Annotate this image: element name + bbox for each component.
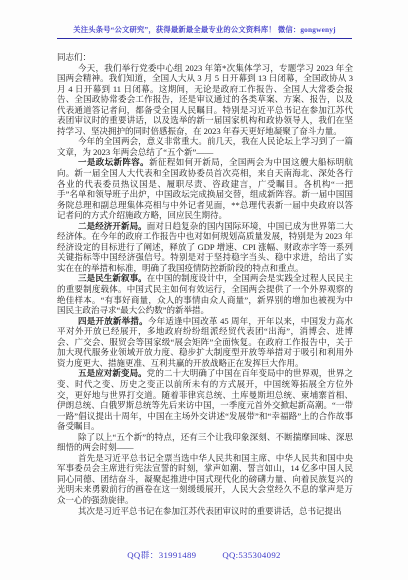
paragraph-moment-2: 其次是习近平总书记在参加江苏代表团审议时的重要讲话，总书记提出 (57, 506, 353, 517)
paragraph-lead: 四是开放新举措。 (78, 316, 148, 326)
paragraph-lead: 二是经济开新局。 (78, 221, 147, 231)
document-page: 关注头条号“公文研究”，获得最新最全最专业的公文资料库！ 微信：gongweny… (0, 0, 408, 580)
paragraph-point-4: 四是开放新举措。今年适逢中国改革 45 周年，开年以来，中国发力高水平对外开放已… (57, 316, 353, 369)
paragraph-three-moments-intro: 除了以上“五个新”的特点，还有三个让我印象深刻、不断揣摩回味、深思细悟的两会时刻… (57, 432, 353, 453)
paragraph-moment-1: 首先是习近平总书记全票当选中华人民共和国主席、中华人民共和国中央军事委员会主席进… (57, 453, 353, 506)
qq-group-number: QQ群：31991489 (127, 550, 196, 560)
qq-number: QQ:535304092 (222, 550, 280, 560)
paragraph-text: 除了以上“五个新”的特点，还有三个让我印象深刻、不断揣摩回味、深思细悟的两会时刻… (57, 432, 353, 453)
paragraph-point-3: 三是民生新叙事。在中国的制度设计中，全国两会是实践全过程人民民主的重要制度载体。… (57, 273, 353, 315)
paragraph-text: 今天，我们举行党委中心组 2023 年第*次集体学习，专题学习 2023 年全国… (57, 63, 353, 136)
paragraph-point-2: 二是经济开新局。面对日趋复杂的国内国际环境，中国已成为世界第二大经济体。在今年的… (57, 221, 353, 274)
document-body: 同志们： 今天，我们举行党委中心组 2023 年第*次集体学习，专题学习 202… (57, 52, 353, 516)
paragraph-lead: 一是政坛新阵容。 (78, 157, 149, 167)
paragraph-text: 今年的全国两会，意义非常重大。前几天，我在人民论坛上学习到了一篇文章，为 202… (57, 136, 353, 157)
paragraph-intro: 今天，我们举行党委中心组 2023 年第*次集体学习，专题学习 2023 年全国… (57, 63, 353, 137)
paragraph-lead: 三是民生新叙事。 (78, 273, 147, 283)
promo-banner: 关注头条号“公文研究”，获得最新最全最专业的公文资料库！ 微信：gongweny… (57, 24, 352, 39)
paragraph-text: 首先是习近平总书记全票当选中华人民共和国主席、中华人民共和国中央军事委员会主席进… (57, 453, 353, 505)
paragraph-lead: 五是应对新变局。 (78, 368, 147, 378)
salutation: 同志们： (57, 52, 353, 63)
paragraph-point-1: 一是政坛新阵容。新征程如何开新局，全国两会为中国这艘大船标明航向。新一届全国人大… (57, 157, 353, 220)
paragraph-text: 其次是习近平总书记在参加江苏代表团审议时的重要讲话，总书记提出 (78, 506, 342, 516)
paragraph-point-5: 五是应对新变局。党的二十大明确了中国在百年变局中的世界观，世界之变、时代之变、历… (57, 368, 353, 431)
contact-footer: QQ群：31991489QQ:535304092 (0, 548, 408, 561)
paragraph-five-new-intro: 今年的全国两会，意义非常重大。前几天，我在人民论坛上学习到了一篇文章，为 202… (57, 136, 353, 157)
